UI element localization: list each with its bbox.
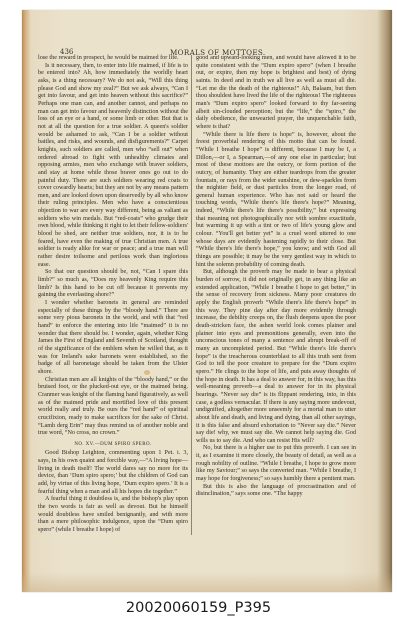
column-divider	[191, 55, 192, 535]
paragraph: “While there is life there is hope” is, …	[196, 132, 356, 270]
paragraph: Christian men are all knights of the “bl…	[38, 377, 188, 438]
paragraph: So that our question should be, not, “Ca…	[38, 269, 188, 300]
right-column: good and upward-looking men, and would h…	[196, 55, 356, 535]
paragraph: I wonder whether baronets in general are…	[38, 300, 188, 377]
paragraph: good and upward-looking men, and would h…	[196, 55, 356, 132]
section-heading: NO. XV.—DUM SPIRO SPERO.	[38, 441, 188, 449]
paragraph: No, but there is a higher use to put thi…	[196, 445, 356, 483]
paragraph: But this is also the language of procras…	[196, 484, 356, 499]
paragraph: lose the reward in prospect, he would be…	[38, 55, 188, 63]
paragraph: Good Bishop Leighton, commenting upon 1 …	[38, 450, 188, 496]
paragraph: A fearful thing it doubtless is, and the…	[38, 496, 188, 534]
left-column: lose the reward in prospect, he would be…	[38, 55, 188, 535]
paper-stain	[144, 370, 150, 375]
paragraph: But, although the proverb may be made to…	[196, 269, 356, 445]
paragraph: Is it necessary, then, to enter into lif…	[38, 63, 188, 270]
image-caption: 20020060159_P395	[0, 600, 397, 616]
